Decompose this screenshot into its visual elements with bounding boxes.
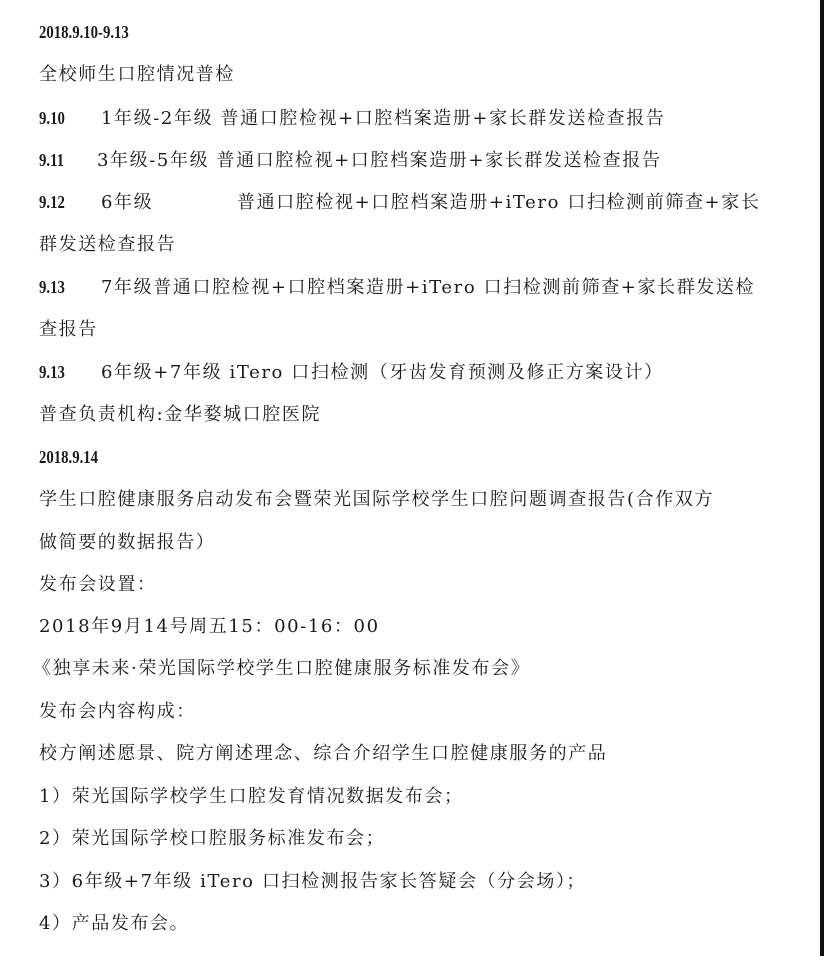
schedule-row-9-12-cont: 群发送检查报告 — [39, 234, 176, 256]
schedule-row-9-13-a-cont: 查报告 — [39, 319, 98, 341]
section2-title-line2: 做简要的数据报告） — [39, 532, 215, 554]
schedule-grade: 1年级-2年级 — [101, 108, 213, 129]
setup-label: 发布会设置： — [39, 574, 157, 596]
section1-title: 全校师生口腔情况普检 — [39, 64, 235, 86]
schedule-row-9-13-b: 9.136年级+7年级 iTero 口扫检测（牙齿发育预测及修正方案设计） — [39, 361, 664, 384]
section2-title-line1: 学生口腔健康服务启动发布会暨荣光国际学校学生口腔问题调查报告(合作双方 — [39, 489, 714, 511]
schedule-content: 普通口腔检视+口腔档案造册+iTero 口扫检测前筛查+家长 — [237, 192, 760, 213]
content-label: 发布会内容构成： — [39, 701, 196, 723]
schedule-date: 9.13 — [39, 276, 90, 298]
schedule-date: 9.13 — [39, 361, 90, 383]
schedule-row-9-13-a: 9.137年级普通口腔检视+口腔档案造册+iTero 口扫检测前筛查+家长群发送… — [39, 276, 755, 299]
schedule-date: 9.12 — [39, 191, 90, 213]
schedule-content: 普通口腔检视+口腔档案造册+家长群发送检查报告 — [221, 108, 666, 129]
event-datetime: 2018年9月14号周五15：00-16：00 — [39, 616, 380, 638]
schedule-content: 普通口腔检视+口腔档案造册+家长群发送检查报告 — [217, 150, 662, 171]
schedule-grade: 6年级+7年级 — [101, 362, 222, 383]
organizer-line: 普查负责机构:金华婺城口腔医院 — [39, 404, 321, 426]
event-name: 《独享未来·荣光国际学校学生口腔健康服务标准发布会》 — [33, 658, 530, 680]
schedule-date: 9.11 — [39, 149, 87, 171]
schedule-grade: 6年级 — [101, 192, 237, 214]
content-summary: 校方阐述愿景、院方阐述理念、综合介绍学生口腔健康服务的产品 — [39, 743, 607, 765]
schedule-row-9-11: 9.113年级-5年级 普通口腔检视+口腔档案造册+家长群发送检查报告 — [39, 149, 661, 172]
schedule-content: 普通口腔检视+口腔档案造册+iTero 口扫检测前筛查+家长群发送检 — [153, 277, 755, 298]
right-edge-border — [820, 0, 824, 956]
list-item-4: 4）产品发布会。 — [39, 913, 189, 935]
schedule-grade: 7年级 — [101, 277, 153, 298]
schedule-row-9-10: 9.101年级-2年级 普通口腔检视+口腔档案造册+家长群发送检查报告 — [39, 107, 665, 130]
schedule-date: 9.10 — [39, 107, 90, 129]
list-item-3: 3）6年级+7年级 iTero 口扫检测报告家长答疑会（分会场）； — [39, 871, 586, 893]
list-item-2: 2）荣光国际学校口腔服务标准发布会； — [39, 828, 385, 850]
schedule-row-9-12: 9.126年级普通口腔检视+口腔档案造册+iTero 口扫检测前筛查+家长 — [39, 191, 760, 214]
section2-date: 2018.9.14 — [39, 446, 111, 469]
date-text: 2018.9.14 — [39, 446, 98, 468]
date-range-text: 2018.9.10-9.13 — [39, 21, 129, 43]
list-item-1: 1）荣光国际学校学生口腔发育情况数据发布会； — [39, 786, 464, 808]
schedule-content: iTero 口扫检测（牙齿发育预测及修正方案设计） — [230, 362, 664, 383]
section1-date-range: 2018.9.10-9.13 — [39, 21, 149, 44]
schedule-grade: 3年级-5年级 — [97, 150, 209, 171]
